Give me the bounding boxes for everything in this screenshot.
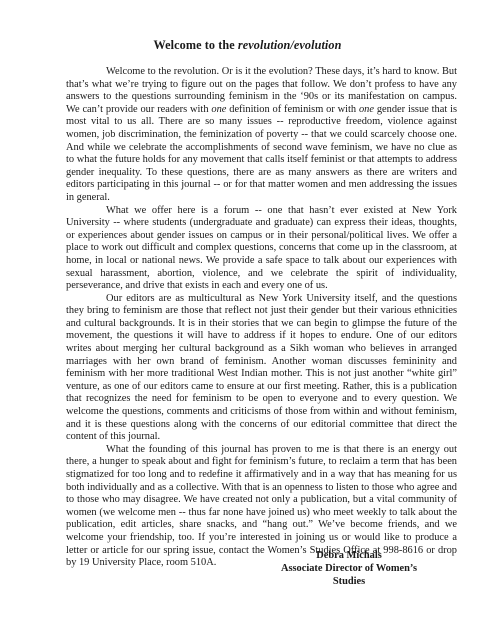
signature-block: Debra Michals Associate Director of Wome… [266,549,432,588]
text-segment: What we offer here is a forum -- one tha… [66,205,457,292]
paragraph: What we offer here is a forum -- one tha… [66,205,457,293]
signature-name: Debra Michals [266,549,432,562]
text-segment: Our editors are as multicultural as New … [66,293,457,443]
emphasized-text: one [211,104,226,115]
emphasized-text: one [359,104,374,115]
paragraph: Welcome to the revolution. Or is it the … [66,66,457,205]
text-segment: definition of feminism or with [226,104,359,115]
document-page: Welcome to the revolution/evolution Welc… [0,0,495,640]
signature-role: Associate Director of Women’s Studies [266,562,432,588]
paragraph: Our editors are as multicultural as New … [66,293,457,444]
body-text: Welcome to the revolution. Or is it the … [66,66,457,570]
title-plain: Welcome to the [154,38,238,52]
page-title: Welcome to the revolution/evolution [0,38,495,53]
text-segment: gender issue that is most vital to us al… [66,104,457,203]
title-italic: revolution/evolution [238,38,342,52]
